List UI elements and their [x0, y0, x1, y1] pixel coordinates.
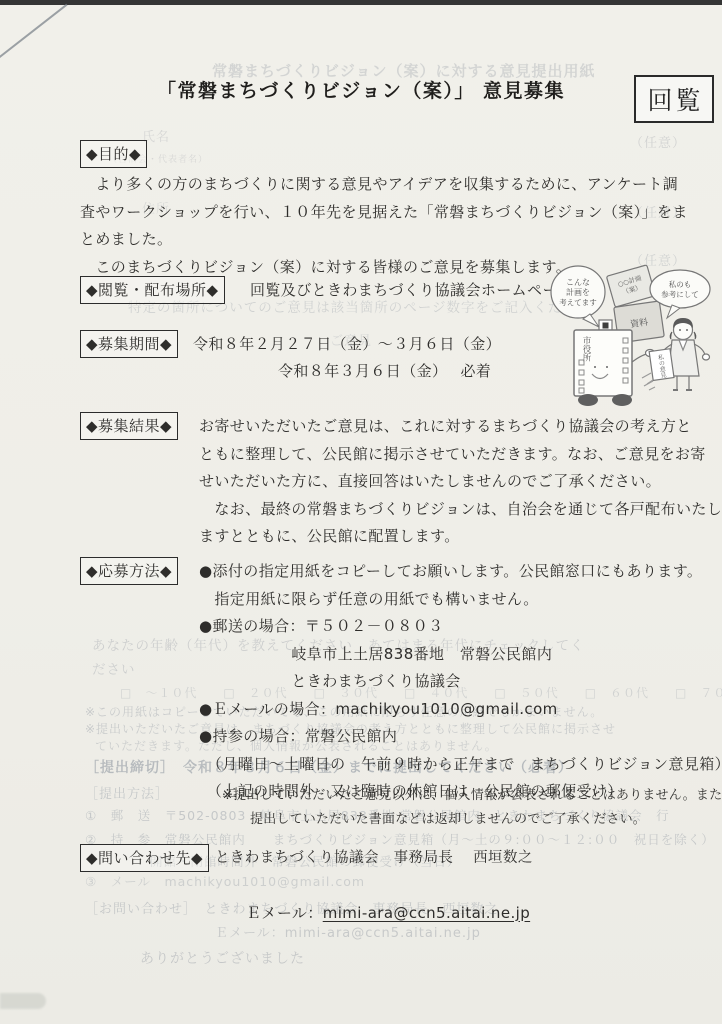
purpose-text-line: 査やワークショップを行い、１０年先を見据えた「常磐まちづくりビジョン（案）」をま: [80, 199, 688, 227]
application-text-line: 岐阜市上土居838番地 常磐公民館内: [199, 641, 722, 669]
bubble-left-text: こんな: [566, 278, 590, 287]
section-label-how-to-apply: ◆応募方法◆: [80, 557, 178, 585]
period-line: 令和８年２月２７日（金）～３月６日（金）: [193, 331, 501, 359]
building-label: 市役所: [581, 335, 591, 362]
privacy-note-line: 提出していただいた書面などは返却しませんのでご了承ください。: [222, 808, 722, 832]
email-address: mimi-ara@ccn5.aitai.ne.jp: [323, 904, 530, 922]
purpose-text-line: とめました。: [80, 226, 688, 254]
bubble-right-text: 参考にして: [661, 289, 699, 299]
privacy-note-line: ※提出していただいたご意見以外に、個人情報が公表されることはありません。また、: [222, 784, 722, 808]
section-label-period: ◆募集期間◆: [80, 330, 178, 358]
application-text-line: 指定用紙に限らず任意の用紙でも構いません。: [199, 586, 722, 614]
application-text-line: ●Ｅメールの場合：machikyou1010@gmail.com: [199, 696, 722, 724]
application-text-line: ときわまちづくり協議会: [199, 668, 722, 696]
application-text-line: ●郵送の場合：〒５０２－０８０３: [199, 613, 722, 641]
scanned-notice-page: 常磐まちづくりビジョン（案）に対する意見提出用紙氏名（自治会・代表者名）（任意）…: [0, 0, 722, 1024]
section-label-results: ◆募集結果◆: [80, 412, 178, 440]
section-label-contact: ◆問い合わせ先◆: [80, 844, 209, 872]
email-label: Ｅメール：: [246, 904, 323, 922]
bubble-right-text: 私のも: [669, 280, 692, 289]
results-text-line: ますとともに、公民館に配置します。: [199, 523, 722, 551]
application-text-line: ●持参の場合：常磐公民館内: [199, 723, 722, 751]
purpose-text-line: より多くの方のまちづくりに関する意見やアイデアを収集するために、アンケート調: [80, 171, 688, 199]
section-label-viewing-locations: ◆閲覧・配布場所◆: [80, 276, 225, 304]
page-title: 「常磐まちづくりビジョン（案）」 意見募集: [0, 76, 722, 103]
results-text-line: なお、最終の常磐まちづくりビジョンは、自治会を通じて各戸配布いたし: [199, 496, 722, 524]
speech-bubble-left: こんな 計画を 考えてます: [551, 266, 605, 327]
contact-email-line: Ｅメール：mimi-ara@ccn5.aitai.ne.jp: [215, 872, 530, 955]
viewing-locations-text: 回覧及びときわまちづくり協議会ホームページ: [250, 277, 573, 305]
application-text-line: ●添付の指定用紙をコピーしてお願いします。公民館窓口にもあります。: [199, 558, 722, 586]
promo-illustration: ○○計画 （案） 資料 こんな 計画を 考えてます: [550, 262, 722, 414]
document-content: 「常磐まちづくりビジョン（案）」 意見募集 回覧 ◆目的◆ より多くの方のまちづ…: [0, 0, 722, 1024]
results-text-line: せいただいた方に、直接回答はいたしませんのでご了承ください。: [199, 468, 722, 496]
results-text-line: ともに整理して、公民館に掲示させていただきます。なお、ご意見をお寄: [199, 441, 722, 469]
bubble-left-text: 考えてます: [559, 297, 597, 307]
section-label-purpose: ◆目的◆: [80, 140, 147, 168]
contact-org-line: ときわまちづくり協議会 事務局長 西垣数之: [215, 845, 533, 873]
circulation-stamp: 回覧: [634, 75, 714, 123]
bubble-left-text: 計画を: [566, 287, 590, 297]
results-text-line: お寄せいただいたご意見は、これに対するまちづくり協議会の考え方と: [199, 413, 722, 441]
application-text-line: （月曜日～土曜日の 午前９時から正午まで まちづくりビジョン意見箱）: [199, 751, 722, 779]
period-deadline-line: 令和８年３月６日（金） 必着: [278, 358, 491, 386]
